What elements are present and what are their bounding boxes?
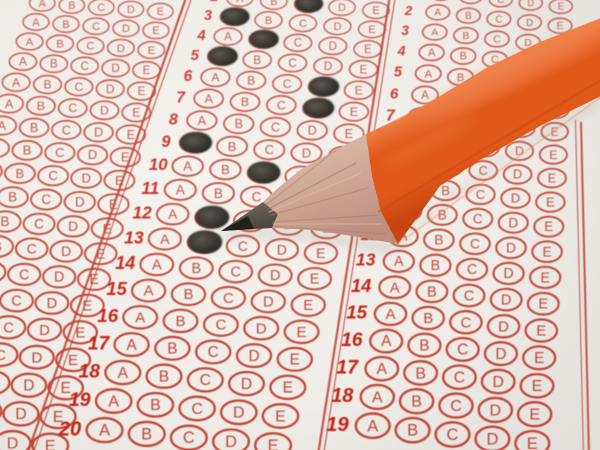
bubble-letter: E [540, 270, 550, 286]
bubble-letter: E [68, 352, 78, 369]
bubble-letter: C [464, 289, 475, 305]
bubble-letter: A [236, 0, 244, 5]
bubble-letter: D [122, 23, 130, 35]
bubble-letter: A [198, 114, 207, 128]
bubble-letter: D [75, 194, 85, 209]
bubble-letter: D [333, 21, 341, 33]
bubble-letter: C [34, 217, 44, 232]
bubble-letter: B [0, 238, 2, 254]
bubble-letter: D [513, 168, 522, 182]
bubble-letter: A [144, 284, 154, 300]
bubble-letter: C [238, 239, 248, 255]
bubble-letter: C [55, 145, 64, 160]
filled-answer-bubble [208, 46, 238, 66]
bubble-letter: B [468, 0, 474, 3]
bubble-letter: E [368, 24, 375, 36]
bubble-letter: E [148, 45, 156, 57]
bubble-letter: E [275, 408, 286, 425]
bubble-letter: D [47, 296, 58, 312]
filled-answer-bubble [220, 7, 249, 26]
bubble-letter: C [215, 317, 226, 334]
bubble-letter: D [503, 266, 513, 282]
bubble-letter: E [536, 323, 546, 340]
question-number: 16 [97, 305, 118, 326]
bubble-letter: E [542, 244, 551, 260]
bubble-letter: B [465, 11, 472, 22]
bubble-letter: D [7, 435, 19, 450]
bubble-letter: B [434, 232, 443, 248]
question-number: 12 [133, 202, 153, 222]
bubble-letter: C [191, 401, 203, 418]
bubble-letter: C [11, 294, 22, 310]
bubble-letter: C [62, 123, 71, 137]
bubble-letter: B [141, 425, 152, 443]
bubble-letter: C [495, 14, 502, 25]
bubble-letter: A [135, 309, 146, 326]
bubble-letter: C [473, 211, 483, 226]
bubble-letter: B [423, 310, 433, 327]
bubble-letter: B [427, 284, 437, 300]
bubble-letter: D [495, 346, 506, 363]
bubble-letter: A [39, 0, 47, 10]
bubble-letter: D [127, 4, 135, 16]
bubble-letter: E [364, 44, 372, 56]
bubble-letter: A [160, 232, 170, 248]
bubble-letter: C [476, 187, 485, 202]
bubble-letter: B [191, 261, 201, 277]
bubble-letter: B [419, 337, 429, 354]
question-number: 16 [341, 330, 363, 351]
question-number: 8 [169, 110, 178, 128]
question-number: 15 [346, 302, 367, 323]
bubble-letter: D [526, 18, 533, 29]
bubble-letter: B [23, 143, 32, 158]
bubble-letter: D [277, 242, 287, 258]
bubble-letter: C [0, 347, 6, 364]
bubble-letter: A [12, 75, 20, 89]
bubble-letter: B [431, 258, 441, 274]
bubble-letter: B [62, 19, 69, 31]
bubble-letter: A [168, 206, 178, 222]
bubble-letter: B [16, 166, 25, 181]
bubble-letter: B [43, 78, 51, 92]
question-number: 18 [79, 361, 101, 383]
answer-sheet-scene: ABCDEABCDEABCDEABCDEABCDEABCDEABCDEABCDE… [0, 0, 600, 450]
question-number: 15 [106, 278, 127, 299]
bubble-letter: A [372, 388, 383, 406]
bubble-letter: D [256, 320, 267, 337]
question-number: 13 [356, 250, 376, 270]
bubble-letter: E [137, 84, 145, 98]
bubble-letter: C [299, 18, 307, 30]
bubble-letter: D [61, 243, 71, 259]
bubble-letter: C [470, 236, 480, 252]
bubble-letter: A [32, 17, 40, 29]
bubble-letter: A [428, 47, 436, 59]
bubble-letter: C [41, 192, 51, 207]
bubble-letter: A [26, 36, 34, 48]
bubble-letter: C [457, 342, 468, 359]
question-number: 4 [397, 43, 406, 59]
bubble-letter: E [557, 21, 564, 32]
bubble-letter: B [0, 214, 9, 229]
bubble-letter: C [200, 372, 211, 389]
bubble-letter: D [329, 41, 337, 53]
bubble-letter: C [68, 101, 77, 115]
bubble-letter: E [359, 62, 367, 76]
bubble-letter: C [48, 168, 57, 183]
bubble-letter: B [411, 393, 422, 411]
bubble-letter: E [372, 5, 379, 17]
filled-answer-bubble [309, 77, 340, 97]
bubble-letter: C [252, 189, 262, 204]
bubble-letter: E [548, 171, 556, 185]
bubble-letter: A [381, 333, 392, 350]
bubble-letter: C [454, 370, 465, 387]
bubble-letter: D [94, 126, 103, 140]
question-number: 19 [69, 389, 91, 411]
bubble-letter: E [529, 406, 540, 424]
bubble-letter: C [80, 60, 88, 73]
filled-answer-bubble [180, 132, 213, 154]
bubble-letter: D [225, 433, 237, 450]
question-number: 13 [124, 227, 144, 247]
bubble-letter: E [534, 350, 544, 367]
bubble-letter: B [50, 58, 58, 71]
question-number: 18 [331, 385, 354, 407]
bubble-letter: C [74, 80, 83, 94]
bubble-letter: A [431, 27, 438, 39]
bubble-letter: E [355, 83, 363, 97]
filled-answer-bubble [303, 98, 334, 119]
bubble-letter: C [3, 320, 14, 336]
bubble-letter: A [108, 393, 119, 410]
bubble-letter: D [88, 147, 97, 162]
bubble-letter: A [211, 70, 220, 84]
bubble-letter: B [460, 51, 467, 63]
bubble-letter: D [270, 268, 280, 284]
bubble-letter: D [23, 378, 34, 395]
question-number: 6 [184, 68, 193, 85]
bubble-letter: D [302, 146, 311, 161]
bubble-letter: A [367, 417, 378, 435]
bubble-letter: A [5, 97, 14, 111]
bubble-letter: D [31, 349, 42, 366]
bubble-letter: D [308, 124, 317, 138]
bubble-letter: E [350, 105, 358, 119]
bubble-letter: E [546, 195, 555, 210]
bubble-letter: E [290, 352, 300, 369]
bubble-letter: B [457, 72, 464, 84]
question-number: 14 [351, 275, 371, 296]
bubble-letter: B [253, 53, 261, 67]
question-number: 20 [58, 418, 81, 440]
bubble-letter: E [538, 297, 548, 313]
bubble-letter: B [56, 39, 64, 51]
bubble-letter: E [157, 6, 164, 18]
bubble-letter: E [527, 435, 538, 450]
bubble-letter: D [68, 219, 78, 234]
question-number: 3 [401, 23, 409, 38]
bubble-letter: D [117, 43, 125, 55]
bubble-letter: E [549, 148, 557, 162]
bubble-letter: C [467, 262, 477, 278]
bubble-letter: E [268, 437, 279, 450]
question-number: 2 [209, 0, 218, 4]
bubble-letter: C [271, 120, 280, 134]
question-number: 3 [204, 8, 212, 24]
bubble-letter: C [265, 142, 274, 157]
bubble-letter: A [421, 89, 429, 102]
bubble-letter: A [394, 254, 404, 270]
bubble-letter: C [86, 41, 94, 53]
bubble-letter: B [37, 99, 45, 113]
filled-answer-bubble [188, 230, 223, 254]
bubble-letter: E [558, 2, 565, 13]
question-number: 10 [149, 155, 168, 174]
bubble-letter: E [45, 437, 56, 450]
bubble-letter: E [127, 128, 135, 142]
bubble-letter: B [167, 341, 177, 358]
bubble-letter: D [100, 103, 109, 117]
bubble-letter: A [19, 56, 27, 69]
bubble-letter: C [97, 2, 105, 14]
bubble-letter: A [118, 365, 129, 382]
bubble-letter: B [184, 287, 194, 303]
bubble-letter: E [303, 298, 313, 314]
bubble-letter: E [132, 106, 140, 120]
bubble-letter: E [532, 378, 543, 395]
bubble-letter: D [501, 293, 512, 309]
bubble-letter: A [377, 361, 388, 378]
bubble-letter: D [324, 59, 333, 73]
bubble-letter: E [544, 219, 553, 234]
bubble-letter: A [390, 280, 400, 296]
bubble-letter: C [447, 426, 459, 444]
question-number: 6 [390, 86, 399, 102]
bubble-letter: C [92, 21, 100, 33]
bubble-letter: D [111, 62, 119, 75]
bubble-letter: B [150, 397, 161, 414]
bubble-letter: B [407, 422, 418, 440]
question-number: 2 [404, 3, 413, 18]
bubble-letter: C [460, 314, 471, 331]
bubble-letter: B [221, 162, 230, 177]
bubble-letter: D [54, 270, 64, 286]
bubble-letter: C [223, 291, 234, 307]
bubble-letter: A [152, 257, 162, 273]
bubble-letter: E [310, 272, 320, 288]
bubble-letter: D [527, 0, 534, 9]
bubble-letter: C [497, 0, 504, 6]
bubble-letter: B [8, 190, 17, 205]
bubble-letter: A [205, 92, 214, 106]
bubble-letter: C [230, 265, 240, 281]
bubble-letter: D [233, 405, 245, 422]
bubble-letter: A [0, 119, 7, 133]
bubble-letter: D [506, 240, 516, 256]
bubble-letter: E [152, 25, 159, 37]
bubble-letter: B [247, 74, 255, 88]
bubble-letter: E [297, 324, 307, 341]
bubble-letter: A [434, 8, 441, 19]
bubble-letter: B [214, 186, 223, 201]
bubble-letter: D [492, 374, 503, 391]
bubble-answer-sheet-photo: ABCDEABCDEABCDEABCDEABCDEABCDEABCDEABCDE… [0, 0, 600, 450]
question-number: 17 [88, 334, 111, 355]
bubble-letter: C [288, 56, 297, 70]
bubble-letter: D [263, 294, 274, 310]
question-number: 4 [196, 28, 205, 44]
bubble-letter: A [183, 159, 192, 174]
bubble-letter: B [68, 0, 75, 12]
question-number: 5 [191, 47, 200, 64]
bubble-letter: A [126, 337, 137, 354]
bubble-letter: E [345, 127, 353, 141]
bubble-letter: A [224, 31, 232, 43]
bubble-letter: E [143, 64, 151, 77]
bubble-letter: C [493, 34, 501, 46]
question-number: 17 [336, 357, 359, 379]
bubble-letter: A [99, 422, 110, 440]
bubble-letter: D [81, 171, 90, 186]
bubble-letter: A [385, 306, 395, 323]
bubble-letter: B [234, 117, 242, 131]
bubble-letter: D [338, 2, 346, 14]
bubble-letter: A [176, 182, 186, 197]
bubble-letter: D [498, 318, 509, 335]
bubble-letter: C [208, 344, 219, 361]
bubble-letter: D [241, 376, 252, 393]
bubble-letter: E [283, 380, 293, 397]
bubble-letter: C [19, 267, 29, 283]
bubble-letter: B [30, 121, 38, 135]
bubble-letter: C [27, 241, 37, 257]
bubble-letter: D [508, 215, 518, 230]
bubble-letter: B [270, 0, 277, 8]
bubble-letter: B [228, 139, 237, 154]
bubble-letter: D [39, 323, 50, 339]
bubble-letter: D [489, 401, 501, 419]
bubble-letter: D [15, 406, 26, 423]
bubble-letter: E [316, 246, 325, 262]
filled-answer-bubble [248, 161, 281, 183]
bubble-letter: D [511, 191, 520, 206]
question-number: 11 [141, 179, 159, 198]
bubble-letter: D [248, 348, 259, 365]
bubble-letter: C [294, 38, 302, 50]
bubble-letter: C [450, 397, 462, 415]
bubble-letter: B [175, 313, 185, 330]
bubble-letter: B [415, 365, 426, 382]
bubble-letter: C [283, 77, 292, 91]
bubble-letter: B [462, 30, 469, 42]
bubble-letter: B [159, 369, 169, 386]
question-number: 14 [115, 253, 135, 273]
filled-answer-bubble [195, 206, 229, 229]
bubble-letter: B [265, 15, 272, 27]
question-number: 5 [394, 65, 403, 81]
question-number: 9 [161, 133, 171, 151]
bubble-letter: B [241, 95, 249, 109]
bubble-letter: A [425, 68, 433, 80]
filled-answer-bubble [249, 30, 279, 49]
bubble-letter: C [183, 429, 195, 447]
bubble-letter: C [277, 98, 286, 112]
bubble-letter: D [106, 82, 115, 96]
bubble-letter: D [486, 431, 498, 449]
question-number: 7 [176, 89, 186, 106]
